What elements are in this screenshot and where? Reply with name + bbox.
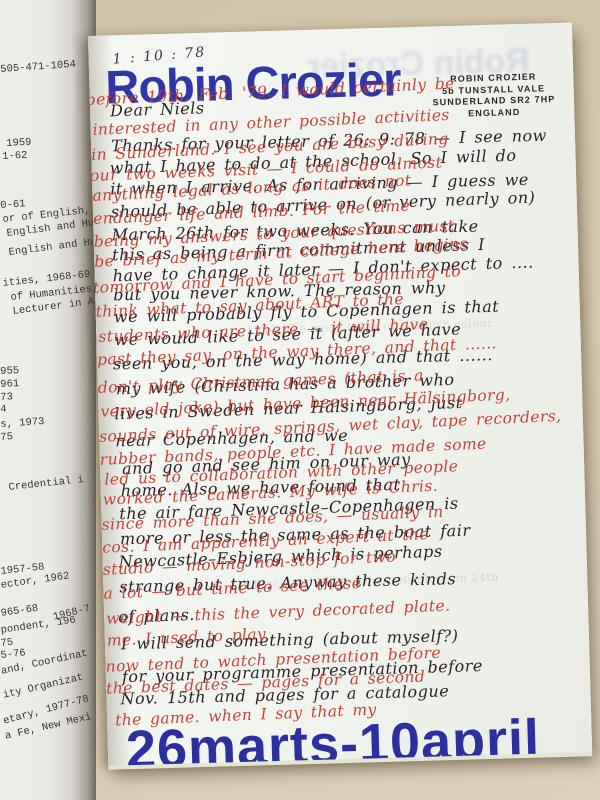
typed-fragment: 955 <box>0 365 20 378</box>
red-ink-overwriting-layer: before 19th. Feb. '79. I would certainly… <box>88 22 572 36</box>
typed-fragment: 961 <box>0 378 20 391</box>
typed-fragment: 965-68 <box>0 603 39 620</box>
typed-fragment: 1-62 <box>2 150 28 163</box>
typed-fragment: 5-76 <box>0 647 26 662</box>
show-through-text-layer: 1950. The moon takes on a bluish colourB… <box>88 22 572 36</box>
typed-fragment: 75 <box>0 431 13 444</box>
red-ink-line: weight — this the very decorated plate. <box>106 597 451 628</box>
typed-fragment: s, 1973 <box>0 416 45 431</box>
letter-page: Robin Crozier 1 : 10 : 78 Robin Crozier … <box>88 22 592 765</box>
typed-fragment: 1959 <box>6 137 32 150</box>
black-ink-letter-layer: Dear NielsThanks for your letter of 26: … <box>88 22 572 36</box>
typed-fragment: English and Hu <box>8 236 97 259</box>
typed-fragment: Credential i <box>8 474 84 494</box>
typed-fragment: 73 <box>0 391 13 404</box>
left-typed-page: 505-471-105419591-620-61or of English,En… <box>0 0 96 800</box>
typed-fragment: 505-471-1054 <box>0 59 76 76</box>
typed-fragment: 0-61 <box>0 198 26 212</box>
book-photo: 505-471-105419591-620-61or of English,En… <box>0 0 600 800</box>
typed-fragment: 4 <box>0 404 7 416</box>
